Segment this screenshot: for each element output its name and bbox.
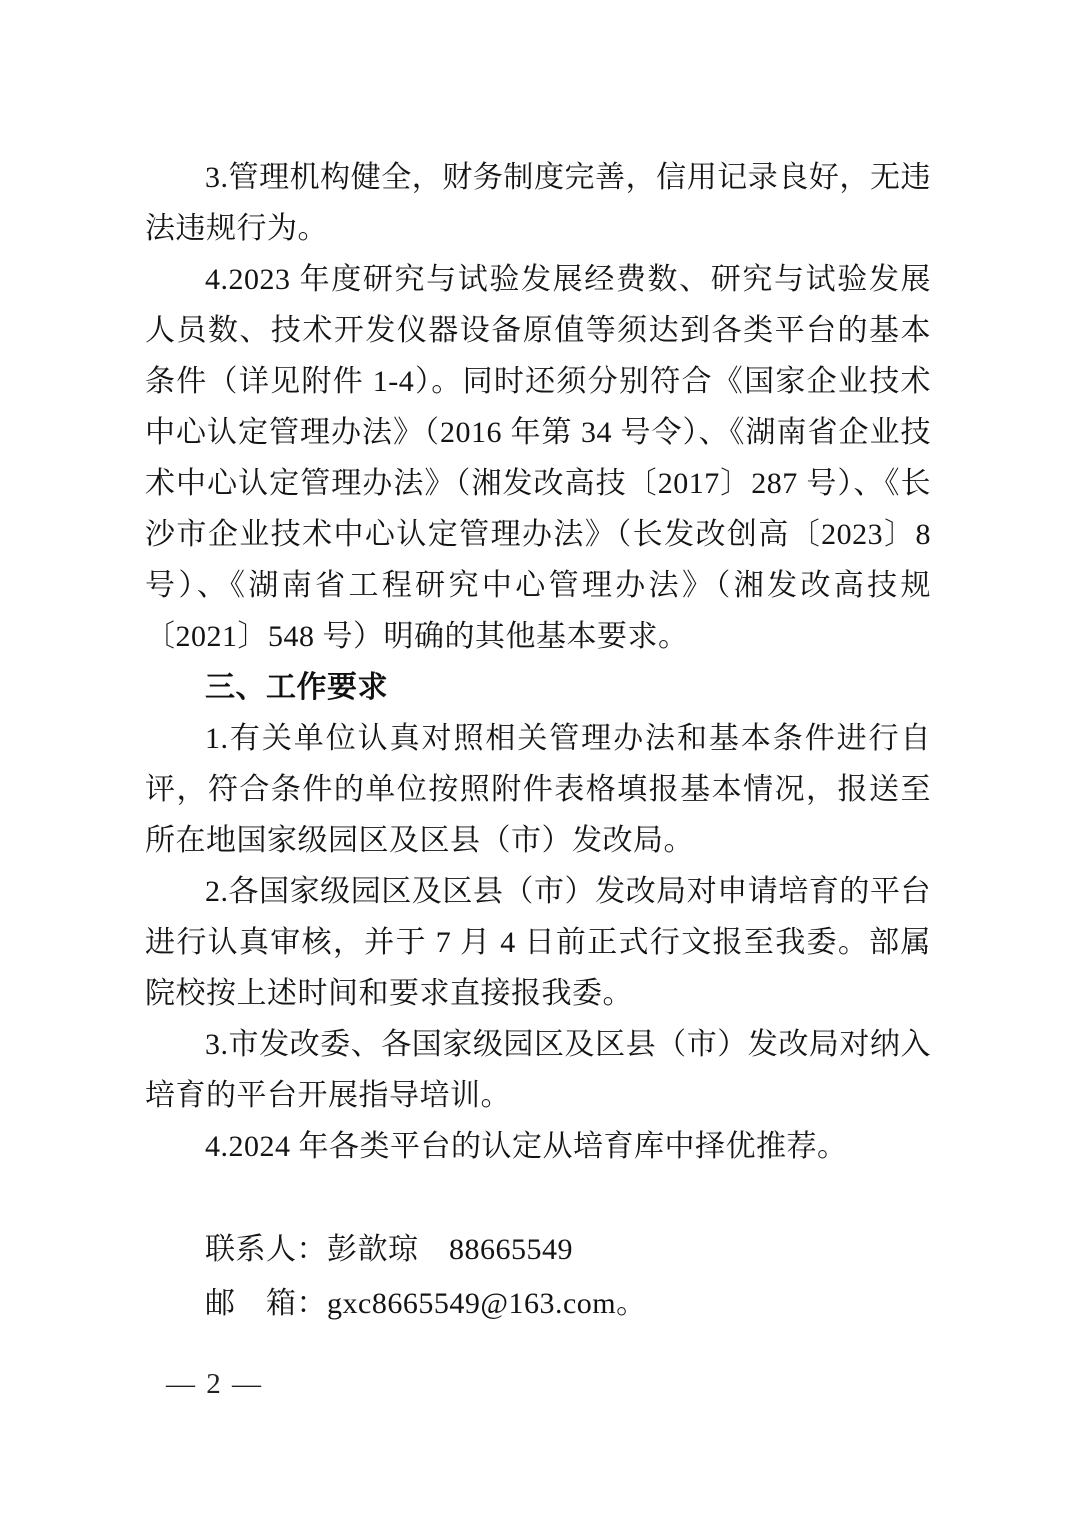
paragraph-requirement-1: 1.有关单位认真对照相关管理办法和基本条件进行自评，符合条件的单位按照附件表格填…: [145, 713, 931, 866]
contact-email-line: 邮 箱：gxc8665549@163.com。: [145, 1277, 931, 1331]
paragraph-requirement-3: 3.市发改委、各国家级园区及区县（市）发改局对纳入培育的平台开展指导培训。: [145, 1019, 931, 1121]
contact-person-line: 联系人：彭歆琼 88665549: [145, 1223, 931, 1277]
contact-block: 联系人：彭歆琼 88665549 邮 箱：gxc8665549@163.com。: [145, 1223, 931, 1331]
section-heading-work-requirements: 三、工作要求: [145, 662, 931, 713]
paragraph-condition-3: 3.管理机构健全，财务制度完善，信用记录良好，无违法违规行为。: [145, 152, 931, 254]
document-body: 3.管理机构健全，财务制度完善，信用记录良好，无违法违规行为。 4.2023 年…: [145, 152, 931, 1331]
paragraph-condition-4: 4.2023 年度研究与试验发展经费数、研究与试验发展人员数、技术开发仪器设备原…: [145, 254, 931, 662]
paragraph-requirement-4: 4.2024 年各类平台的认定从培育库中择优推荐。: [145, 1121, 931, 1172]
document-page: 3.管理机构健全，财务制度完善，信用记录良好，无违法违规行为。 4.2023 年…: [0, 0, 1075, 1520]
page-number: — 2 —: [166, 1368, 263, 1400]
paragraph-requirement-2: 2.各国家级园区及区县（市）发改局对申请培育的平台进行认真审核，并于 7 月 4…: [145, 866, 931, 1019]
page-footer: — 2 —: [166, 1368, 263, 1401]
